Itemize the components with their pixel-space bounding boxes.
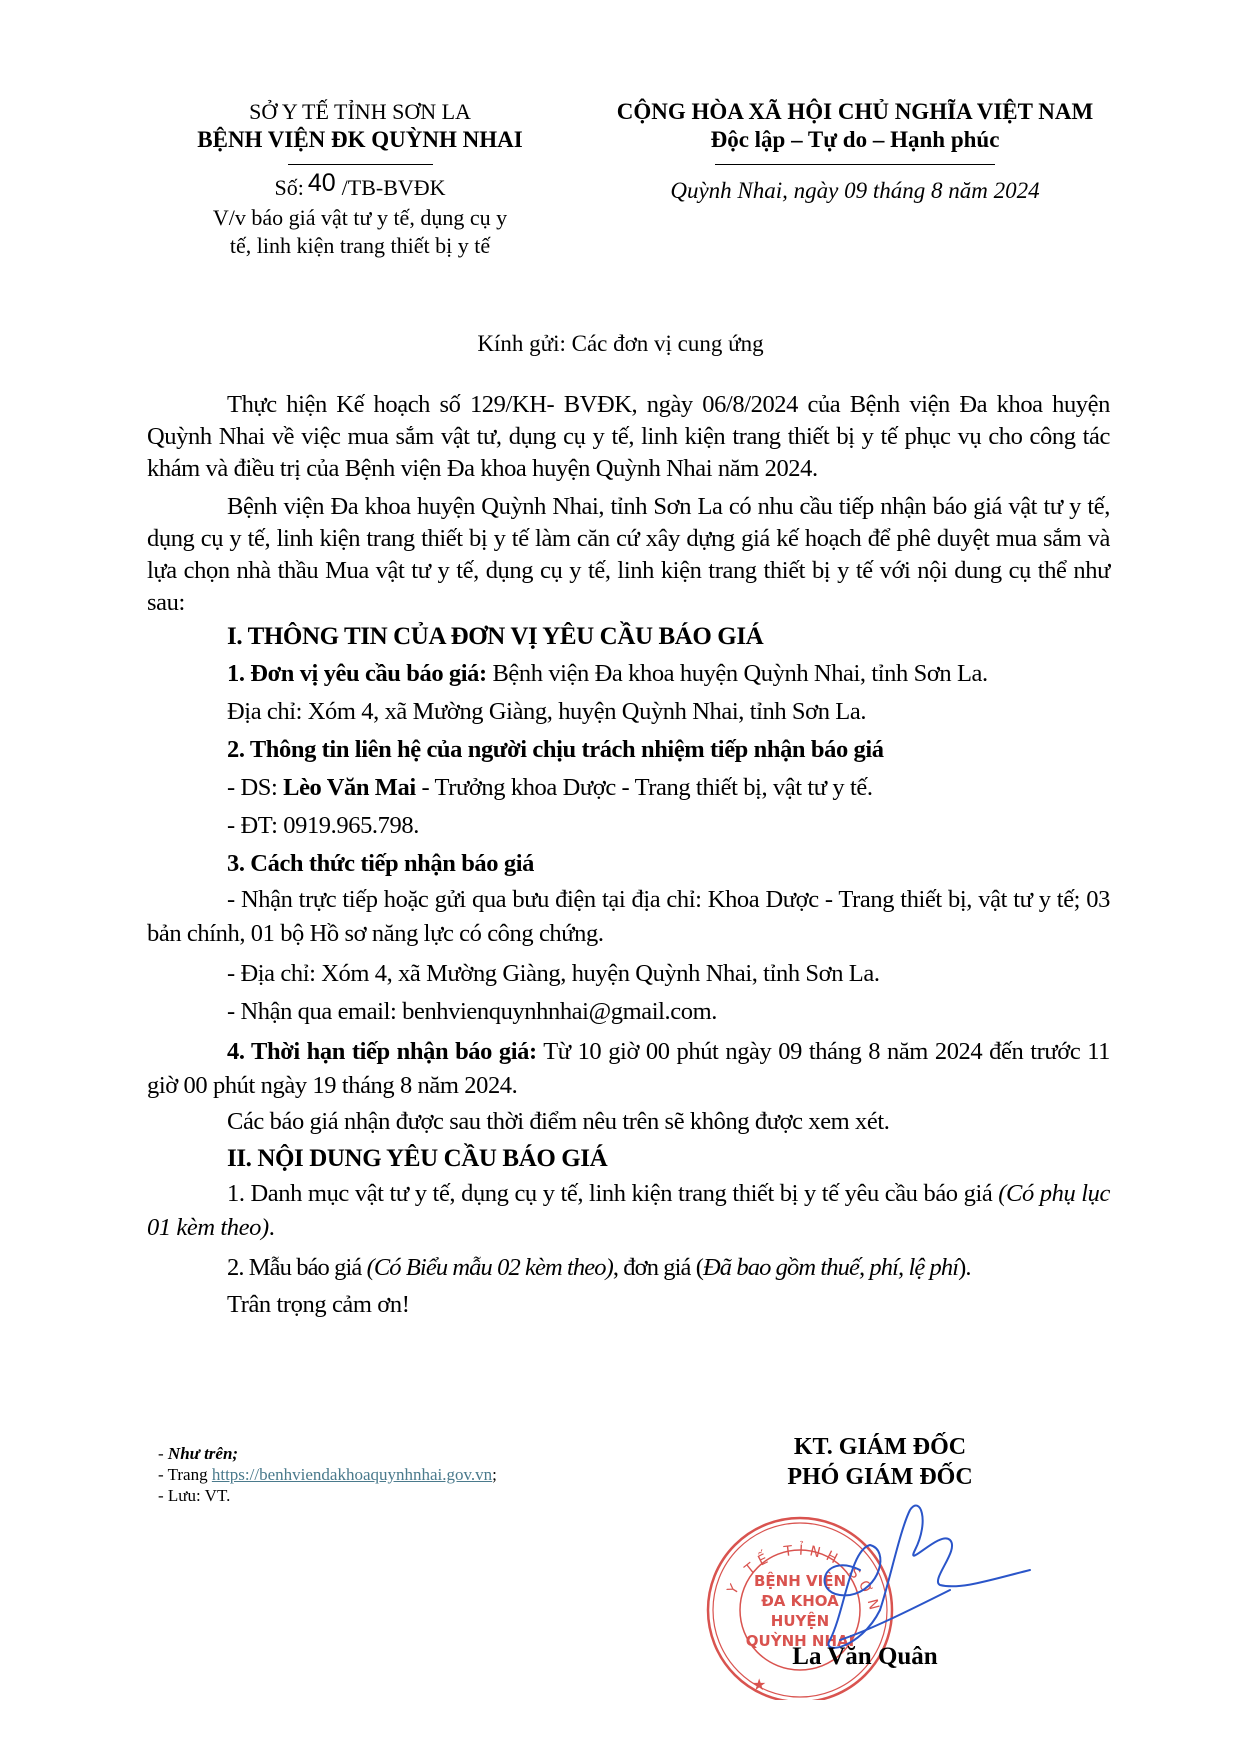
document-body: Thực hiện Kế hoạch số 129/KH- BVĐK, ngày…: [147, 389, 1110, 1323]
receipt-method-address: - Địa chỉ: Xóm 4, xã Mường Giàng, huyện …: [147, 955, 1110, 993]
issuer-header: SỞ Y TẾ TỈNH SƠN LA BỆNH VIỆN ĐK QUỲNH N…: [150, 98, 570, 260]
contact-section-title: 2. Thông tin liên hệ của người chịu trác…: [147, 731, 1110, 769]
header-divider: [288, 164, 433, 165]
recipients-list: - Như trên; - Trang https://benhviendakh…: [158, 1443, 497, 1506]
number-prefix: Số:: [274, 175, 303, 200]
subject-line: tế, linh kiện trang thiết bị y tế: [150, 232, 570, 260]
signature-block: KT. GIÁM ĐỐC PHÓ GIÁM ĐỐC: [720, 1432, 1040, 1492]
signature-title-1: KT. GIÁM ĐỐC: [720, 1432, 1040, 1462]
organization-name: BỆNH VIỆN ĐK QUỲNH NHAI: [150, 126, 570, 154]
recipient-text: Như trên;: [168, 1444, 238, 1463]
section-1-title: I. THÔNG TIN CỦA ĐƠN VỊ YÊU CẦU BÁO GIÁ: [147, 619, 1110, 655]
item-end: .: [269, 1214, 275, 1241]
greeting: Kính gửi: Các đơn vị cung ứng: [0, 331, 1241, 357]
bullet: -: [158, 1444, 168, 1463]
deadline-label: 4. Thời hạn tiếp nhận báo giá:: [227, 1038, 537, 1065]
recipient-text: - Trang: [158, 1465, 212, 1484]
recipient-website: - Trang https://benhviendakhoaquynhnhai.…: [158, 1464, 497, 1485]
request-item-1: 1. Danh mục vật tư y tế, dụng cụ y tế, l…: [147, 1177, 1110, 1245]
national-header: CỘNG HÒA XÃ HỘI CHỦ NGHĨA VIỆT NAM Độc l…: [590, 98, 1120, 205]
requesting-unit: 1. Đơn vị yêu cầu báo giá: Bệnh viện Đa …: [147, 655, 1110, 693]
request-paragraph: Bệnh viện Đa khoa huyện Quỳnh Nhai, tỉnh…: [147, 491, 1110, 619]
recipient-archive: - Lưu: VT.: [158, 1485, 497, 1506]
price-note: Đã bao gồm thuế, phí, lệ phí: [703, 1254, 958, 1281]
website-link[interactable]: https://benhviendakhoaquynhnhai.gov.vn: [212, 1465, 492, 1484]
form-note: (Có Biểu mẫu 02 kèm theo): [367, 1254, 613, 1281]
number-suffix: /TB-BVĐK: [342, 175, 446, 200]
receipt-method-inperson: - Nhận trực tiếp hoặc gửi qua bưu điện t…: [147, 883, 1110, 951]
signature-title-2: PHÓ GIÁM ĐỐC: [720, 1462, 1040, 1492]
requesting-unit-address: Địa chỉ: Xóm 4, xã Mường Giàng, huyện Qu…: [147, 693, 1110, 731]
place-date: Quỳnh Nhai, ngày 09 tháng 8 năm 2024: [590, 177, 1120, 205]
nation-title: CỘNG HÒA XÃ HỘI CHỦ NGHĨA VIỆT NAM: [590, 98, 1120, 126]
contact-name: Lèo Văn Mai: [283, 774, 416, 801]
deadline: 4. Thời hạn tiếp nhận báo giá: Từ 10 giờ…: [147, 1035, 1110, 1103]
item-end: ).: [958, 1254, 970, 1281]
svg-text:★: ★: [752, 1677, 766, 1694]
contact-prefix: - DS:: [227, 774, 283, 801]
recipient-as-above: - Như trên;: [158, 1443, 497, 1464]
punct: ;: [492, 1465, 497, 1484]
request-item-2: 2. Mẫu báo giá (Có Biểu mẫu 02 kèm theo)…: [147, 1249, 1110, 1287]
subject-line: V/v báo giá vật tư y tế, dụng cụ y: [150, 204, 570, 232]
receipt-method-title: 3. Cách thức tiếp nhận báo giá: [147, 845, 1110, 883]
parent-organization: SỞ Y TẾ TỈNH SƠN LA: [150, 98, 570, 126]
national-motto: Độc lập – Tự do – Hạnh phúc: [590, 126, 1120, 154]
item-text: 2. Mẫu báo giá: [227, 1254, 367, 1281]
requesting-unit-label: 1. Đơn vị yêu cầu báo giá:: [227, 660, 487, 687]
item-mid: , đơn giá (: [613, 1254, 703, 1281]
handwritten-signature-icon: [800, 1490, 1060, 1660]
contact-phone: - ĐT: 0919.965.798.: [147, 807, 1110, 845]
item-text: 1. Danh mục vật tư y tế, dụng cụ y tế, l…: [227, 1180, 998, 1207]
signer-name: La Văn Quân: [745, 1643, 985, 1671]
document-number: Số:40/TB-BVĐK: [150, 173, 570, 202]
document-subject: V/v báo giá vật tư y tế, dụng cụ y tế, l…: [150, 204, 570, 260]
intro-paragraph: Thực hiện Kế hoạch số 129/KH- BVĐK, ngày…: [147, 389, 1110, 485]
section-2-title: II. NỘI DUNG YÊU CẦU BÁO GIÁ: [147, 1141, 1110, 1177]
receipt-method-email: - Nhận qua email: benhvienquynhnhai@gmai…: [147, 993, 1110, 1031]
contact-person: - DS: Lèo Văn Mai - Trưởng khoa Dược - T…: [147, 769, 1110, 807]
motto-divider: [715, 164, 995, 165]
number-value: 40: [304, 169, 342, 197]
contact-role: - Trưởng khoa Dược - Trang thiết bị, vật…: [416, 774, 873, 801]
late-submission-note: Các báo giá nhận được sau thời điểm nêu …: [147, 1103, 1110, 1141]
requesting-unit-value: Bệnh viện Đa khoa huyện Quỳnh Nhai, tỉnh…: [487, 660, 988, 687]
closing-thanks: Trân trọng cảm ơn!: [147, 1287, 1110, 1323]
